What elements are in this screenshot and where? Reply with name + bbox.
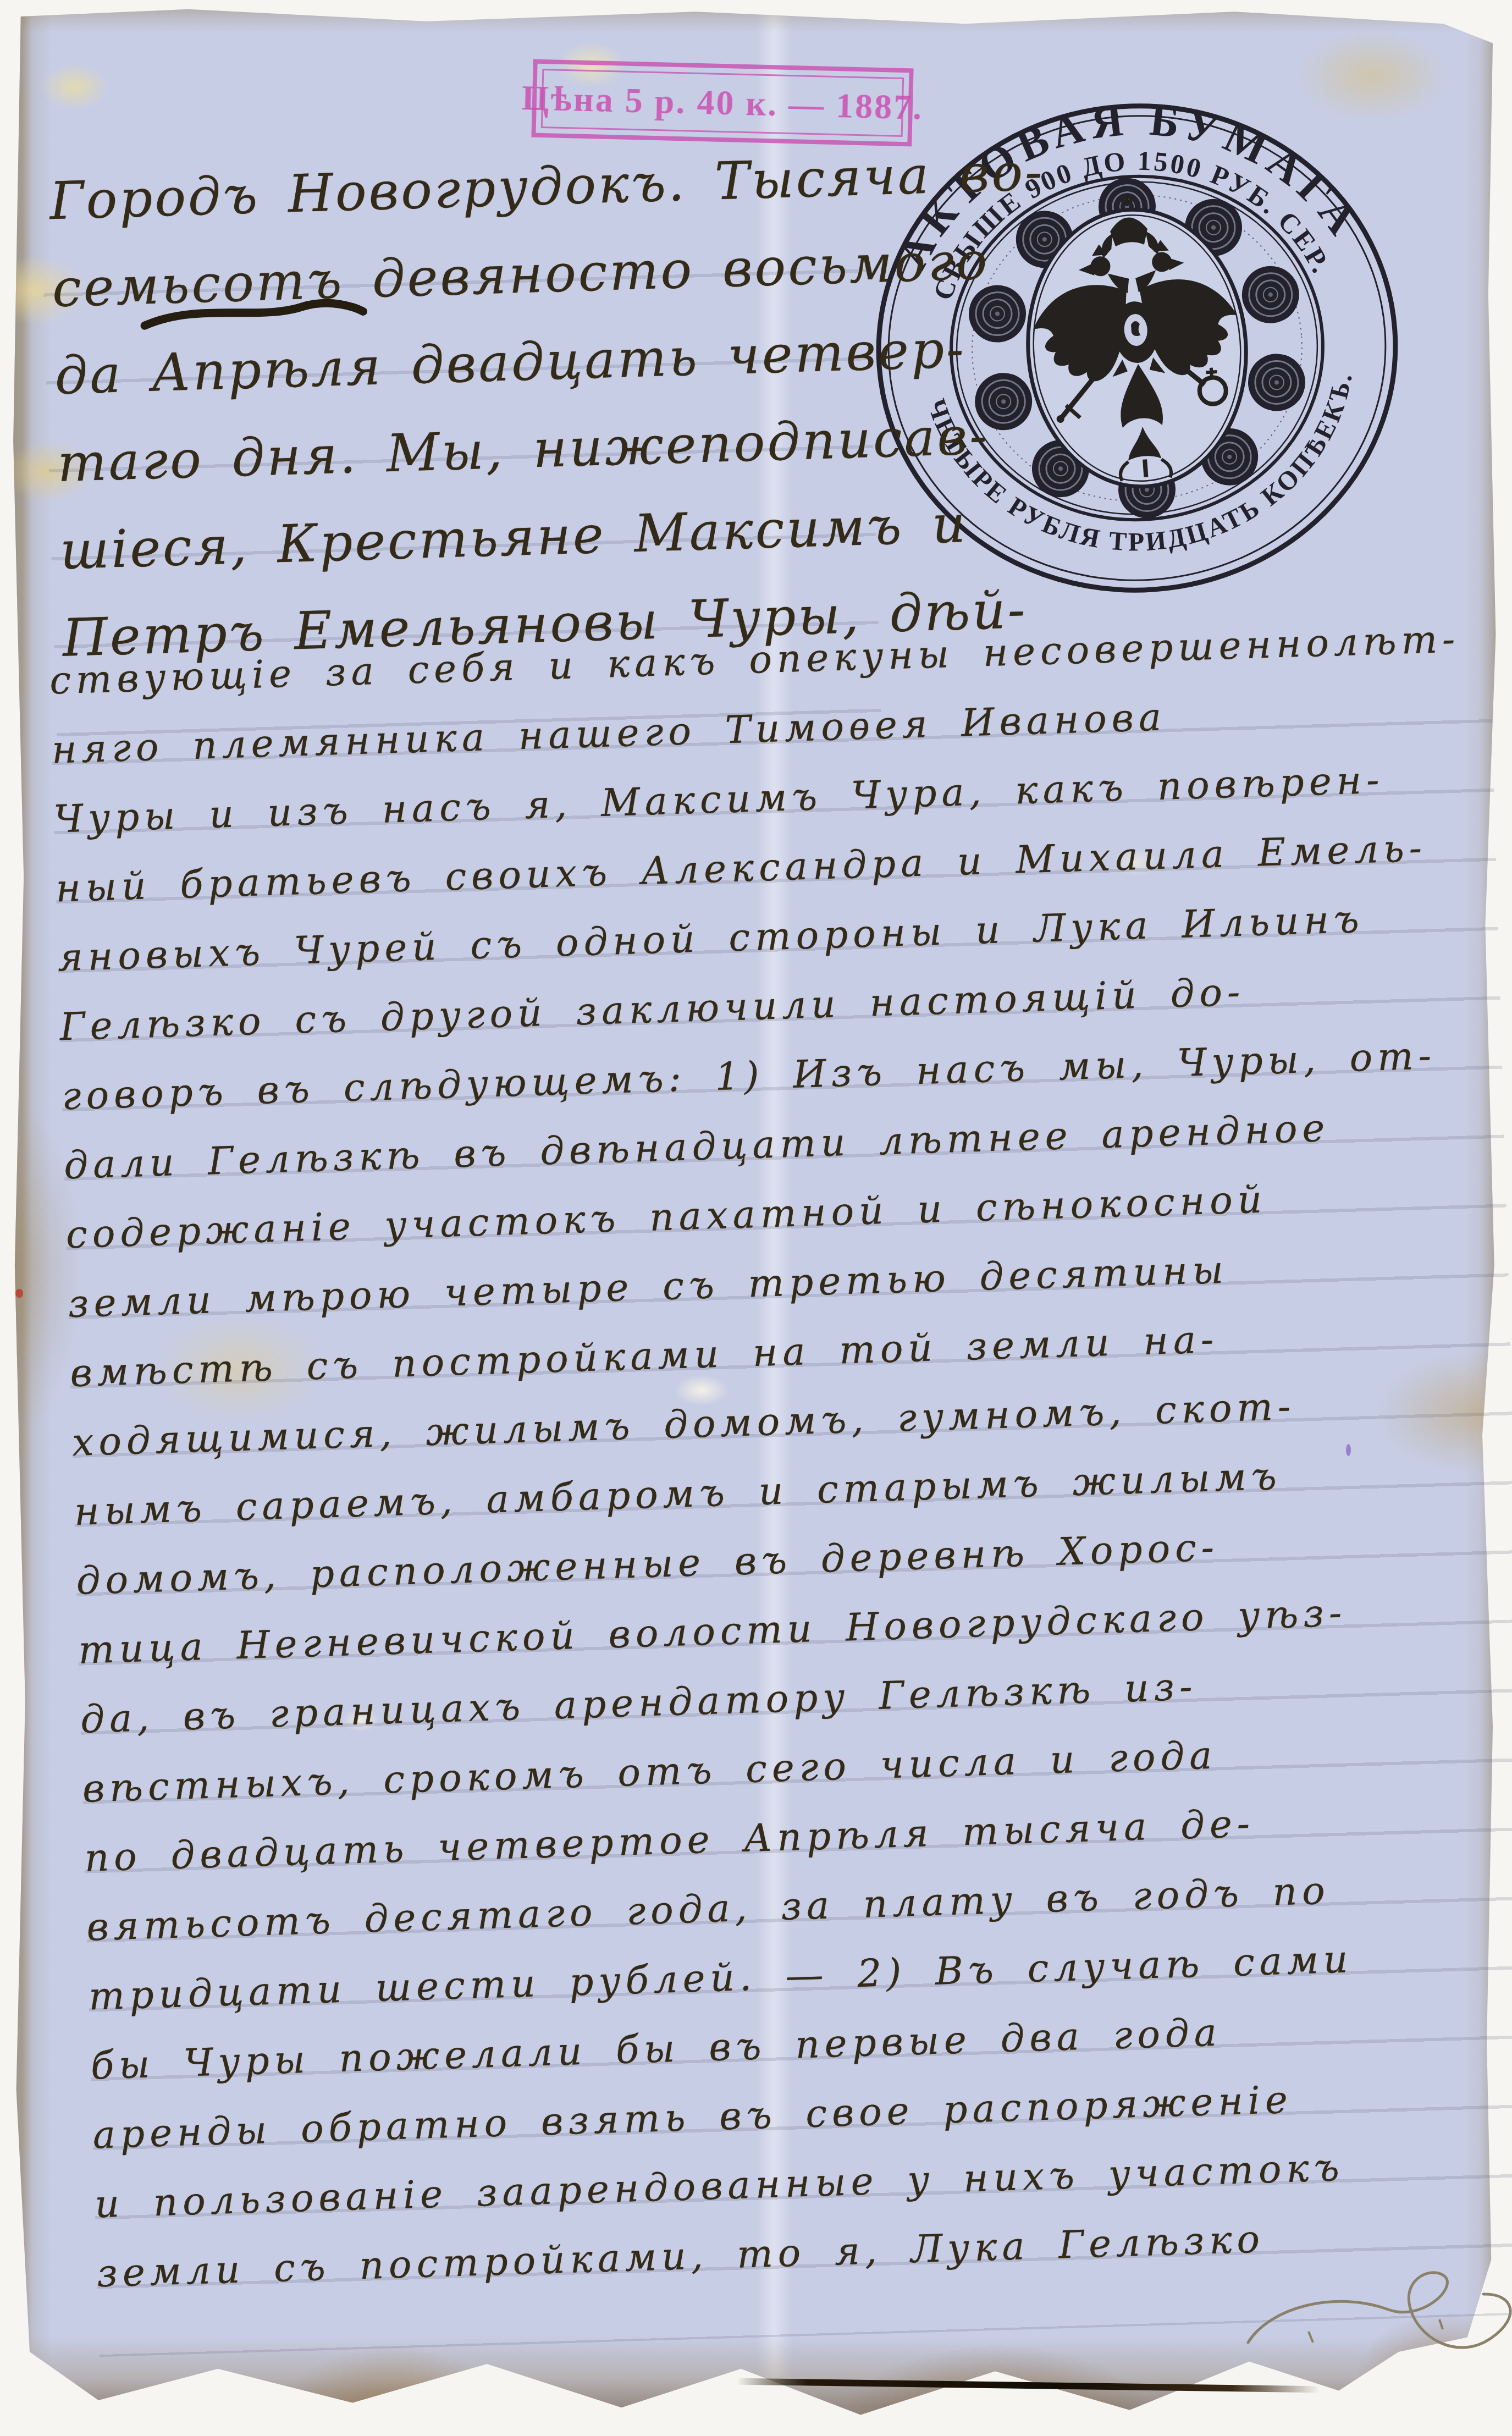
signature-flourish-icon (1221, 2255, 1512, 2392)
manuscript-opening-block: Городъ Новогрудокъ. Тысяча во- семьсотъ … (48, 133, 900, 682)
red-ink-speck (15, 1289, 23, 1298)
manuscript: Городъ Новогрудокъ. Тысяча во- семьсотъ … (34, 115, 1512, 2357)
violet-ink-speck (1346, 1444, 1351, 1456)
scanned-document-page: { "colors": { "paper": "#c7cde5", "ink":… (0, 0, 1512, 2436)
manuscript-main-block: ствующіе за себя и какъ опекуны несоверш… (48, 603, 1512, 2308)
